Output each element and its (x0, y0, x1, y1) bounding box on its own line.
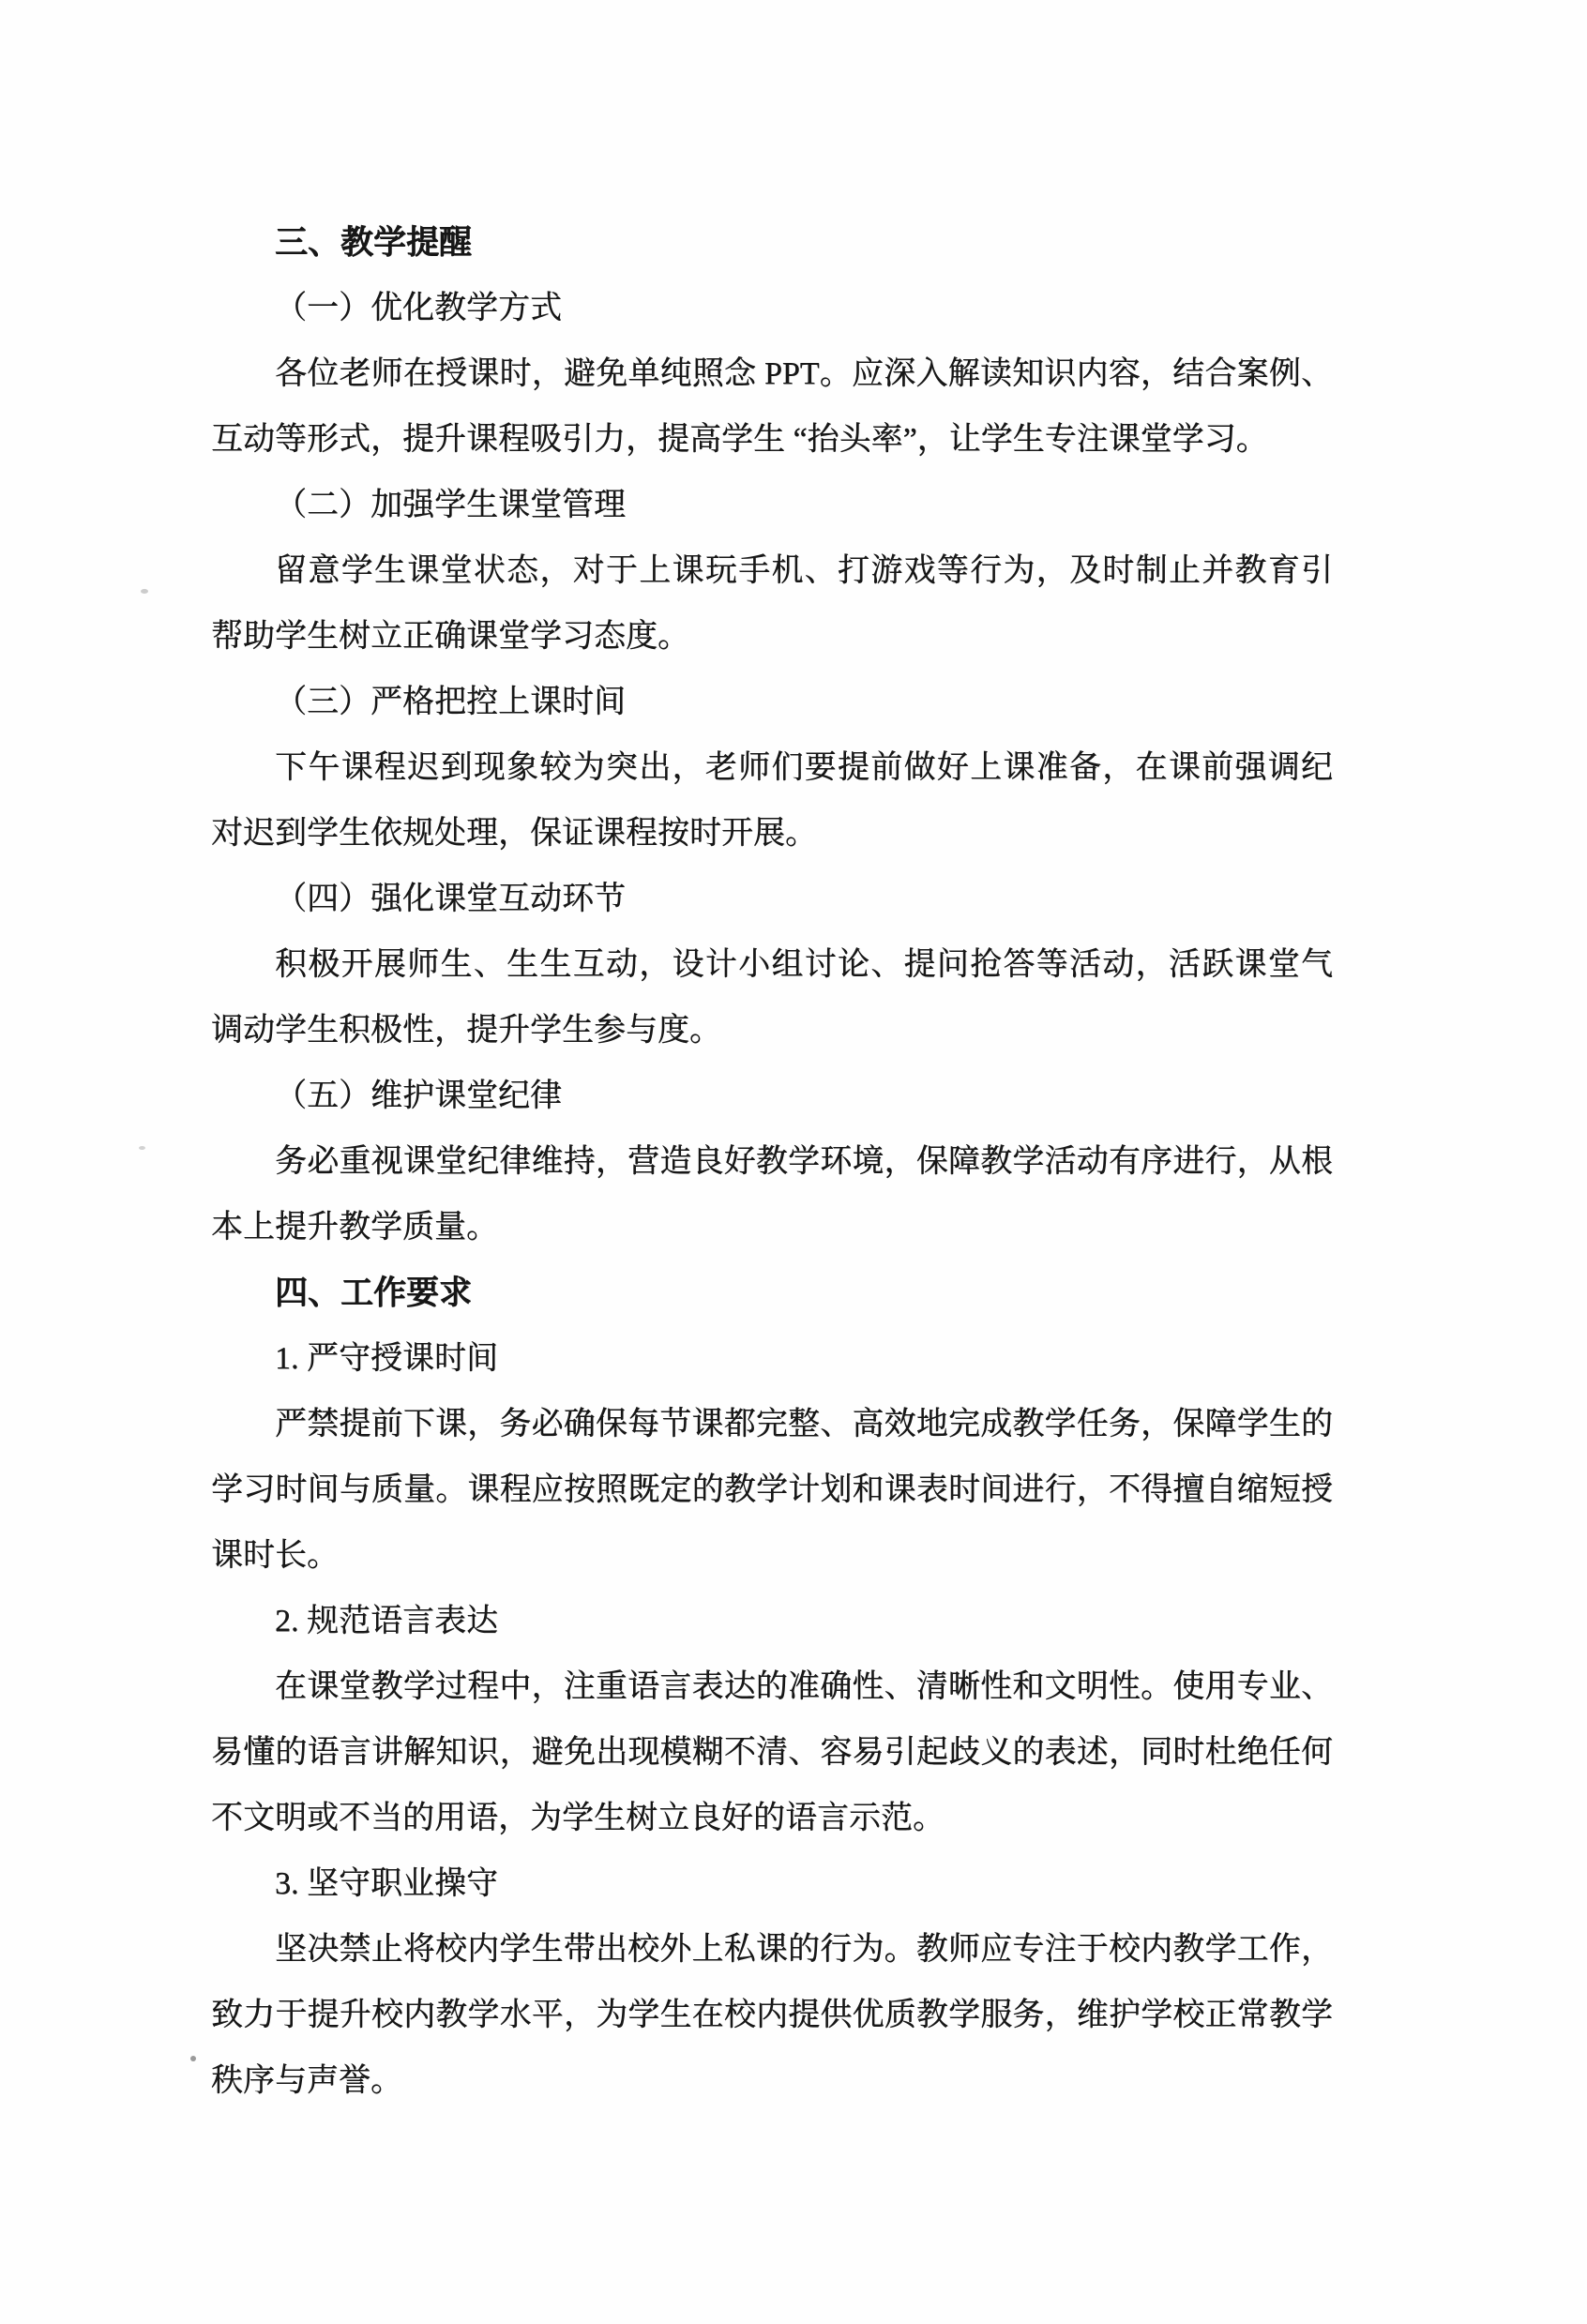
scan-speck (139, 1146, 145, 1150)
paragraph-line: 易懂的语言讲解知识，避免出现模糊不清、容易引起歧义的表述，同时杜绝任何 (211, 1720, 1333, 1786)
document-content: 三、教学提醒 （一）优化教学方式 各位老师在授课时，避免单纯照念 PPT。应深入… (211, 210, 1333, 2114)
paragraph-line: 不文明或不当的用语，为学生树立良好的语言示范。 (211, 1786, 1333, 1851)
subsection: 2. 规范语言表达 在课堂教学过程中，注重语言表达的准确性、清晰性和文明性。使用… (211, 1589, 1333, 1851)
subsection: （三）严格把控上课时间 下午课程迟到现象较为突出，老师们要提前做好上课准备，在课… (211, 670, 1333, 867)
paragraph-line: 帮助学生树立正确课堂学习态度。 (211, 604, 1333, 670)
section-title: 四、工作要求 (211, 1260, 1333, 1326)
paragraph-line: 学习时间与质量。课程应按照既定的教学计划和课表时间进行，不得擅自缩短授 (211, 1457, 1333, 1523)
paragraph-line: 严禁提前下课，务必确保每节课都完整、高效地完成教学任务，保障学生的 (211, 1392, 1333, 1457)
paragraph-line: 下午课程迟到现象较为突出，老师们要提前做好上课准备，在课前强调纪律， (211, 735, 1333, 801)
document-page: 三、教学提醒 （一）优化教学方式 各位老师在授课时，避免单纯照念 PPT。应深入… (0, 0, 1587, 2324)
paragraph-line: 致力于提升校内教学水平，为学生在校内提供优质教学服务，维护学校正常教学 (211, 1983, 1333, 2048)
paragraph: 留意学生课堂状态，对于上课玩手机、打游戏等行为，及时制止并教育引导， 帮助学生树… (211, 538, 1333, 670)
subsection-heading: （五）维护课堂纪律 (211, 1064, 1333, 1129)
subsection-heading: 1. 严守授课时间 (211, 1326, 1333, 1392)
paragraph-line: 课时长。 (211, 1523, 1333, 1589)
subsection: 3. 坚守职业操守 坚决禁止将校内学生带出校外上私课的行为。教师应专注于校内教学… (211, 1851, 1333, 2114)
paragraph: 在课堂教学过程中，注重语言表达的准确性、清晰性和文明性。使用专业、 易懂的语言讲… (211, 1654, 1333, 1851)
section-title: 三、教学提醒 (211, 210, 1333, 276)
subsection-heading: 2. 规范语言表达 (211, 1589, 1333, 1654)
subsection: （二）加强学生课堂管理 留意学生课堂状态，对于上课玩手机、打游戏等行为，及时制止… (211, 473, 1333, 670)
paragraph-line: 对迟到学生依规处理，保证课程按时开展。 (211, 801, 1333, 867)
subsection-heading: 3. 坚守职业操守 (211, 1851, 1333, 1917)
scan-speck (141, 589, 148, 594)
paragraph-line: 互动等形式，提升课程吸引力，提高学生 “抬头率”，让学生专注课堂学习。 (211, 407, 1333, 473)
paragraph-line: 调动学生积极性，提升学生参与度。 (211, 998, 1333, 1064)
paragraph-line: 各位老师在授课时，避免单纯照念 PPT。应深入解读知识内容，结合案例、 (211, 341, 1333, 407)
paragraph-line: 坚决禁止将校内学生带出校外上私课的行为。教师应专注于校内教学工作， (211, 1917, 1333, 1983)
paragraph: 严禁提前下课，务必确保每节课都完整、高效地完成教学任务，保障学生的 学习时间与质… (211, 1392, 1333, 1589)
paragraph-line: 秩序与声誉。 (211, 2048, 1333, 2114)
paragraph: 各位老师在授课时，避免单纯照念 PPT。应深入解读知识内容，结合案例、 互动等形… (211, 341, 1333, 473)
subsection: （一）优化教学方式 各位老师在授课时，避免单纯照念 PPT。应深入解读知识内容，… (211, 276, 1333, 473)
subsection-heading: （四）强化课堂互动环节 (211, 867, 1333, 932)
scan-speck (190, 2056, 196, 2061)
paragraph-line: 务必重视课堂纪律维持，营造良好教学环境，保障教学活动有序进行，从根 (211, 1129, 1333, 1195)
subsection: （四）强化课堂互动环节 积极开展师生、生生互动，设计小组讨论、提问抢答等活动，活… (211, 867, 1333, 1064)
paragraph: 积极开展师生、生生互动，设计小组讨论、提问抢答等活动，活跃课堂气氛， 调动学生积… (211, 932, 1333, 1064)
paragraph: 下午课程迟到现象较为突出，老师们要提前做好上课准备，在课前强调纪律， 对迟到学生… (211, 735, 1333, 867)
subsection: （五）维护课堂纪律 务必重视课堂纪律维持，营造良好教学环境，保障教学活动有序进行… (211, 1064, 1333, 1260)
subsection: 1. 严守授课时间 严禁提前下课，务必确保每节课都完整、高效地完成教学任务，保障… (211, 1326, 1333, 1589)
paragraph: 坚决禁止将校内学生带出校外上私课的行为。教师应专注于校内教学工作， 致力于提升校… (211, 1917, 1333, 2114)
paragraph-line: 留意学生课堂状态，对于上课玩手机、打游戏等行为，及时制止并教育引导， (211, 538, 1333, 604)
paragraph-line: 积极开展师生、生生互动，设计小组讨论、提问抢答等活动，活跃课堂气氛， (211, 932, 1333, 998)
paragraph-line: 本上提升教学质量。 (211, 1195, 1333, 1260)
subsection-heading: （三）严格把控上课时间 (211, 670, 1333, 735)
subsection-heading: （一）优化教学方式 (211, 276, 1333, 341)
subsection-heading: （二）加强学生课堂管理 (211, 473, 1333, 538)
paragraph: 务必重视课堂纪律维持，营造良好教学环境，保障教学活动有序进行，从根 本上提升教学… (211, 1129, 1333, 1260)
paragraph-line: 在课堂教学过程中，注重语言表达的准确性、清晰性和文明性。使用专业、 (211, 1654, 1333, 1720)
